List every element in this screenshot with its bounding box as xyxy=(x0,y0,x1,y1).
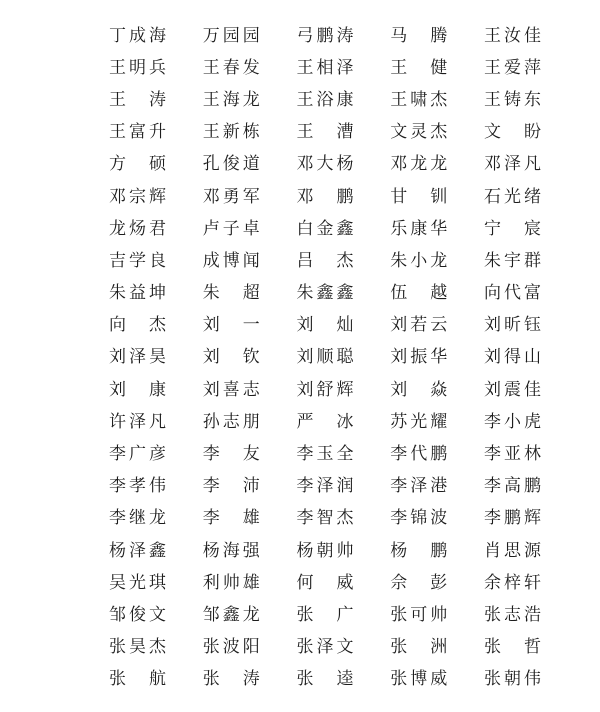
person-name: 成博闻 xyxy=(203,253,260,270)
person-name: 张洲 xyxy=(390,639,447,656)
person-name: 方硕 xyxy=(109,156,166,173)
person-name: 弓鹏涛 xyxy=(297,28,354,45)
person-name: 向代富 xyxy=(484,285,541,302)
person-name: 孔俊道 xyxy=(203,156,260,173)
person-name: 李继龙 xyxy=(109,510,166,527)
document-page: 丁成海万园园弓鹏涛马腾王汝佳王明兵王春发王相泽王健王爱萍王涛王海龙王浴康王啸杰王… xyxy=(0,0,600,712)
person-name: 严冰 xyxy=(297,414,354,431)
person-name: 朱宇群 xyxy=(484,253,541,270)
person-name: 王爱萍 xyxy=(484,60,541,77)
person-name: 杨鹏 xyxy=(390,543,447,560)
person-name: 朱超 xyxy=(203,285,260,302)
person-name: 刘振华 xyxy=(390,349,447,366)
person-name: 王海龙 xyxy=(203,92,260,109)
person-name: 邓大杨 xyxy=(297,156,354,173)
person-name: 乐康华 xyxy=(390,221,447,238)
person-name: 丁成海 xyxy=(109,28,166,45)
person-name: 杨朝帅 xyxy=(297,543,354,560)
person-name: 李锦波 xyxy=(390,510,447,527)
name-grid: 丁成海万园园弓鹏涛马腾王汝佳王明兵王春发王相泽王健王爱萍王涛王海龙王浴康王啸杰王… xyxy=(109,20,541,696)
person-name: 文盼 xyxy=(484,124,541,141)
person-name: 张哲 xyxy=(484,639,541,656)
person-name: 李雄 xyxy=(203,510,260,527)
person-name: 宁宸 xyxy=(484,221,541,238)
person-name: 李小虎 xyxy=(484,414,541,431)
person-name: 万园园 xyxy=(203,28,260,45)
person-name: 李玉全 xyxy=(297,446,354,463)
person-name: 王汝佳 xyxy=(484,28,541,45)
person-name: 张朝伟 xyxy=(484,671,541,688)
person-name: 龙炀君 xyxy=(109,221,166,238)
person-name: 邓鹏 xyxy=(297,189,354,206)
person-name: 利帅雄 xyxy=(203,575,260,592)
person-name: 张泽文 xyxy=(297,639,354,656)
person-name: 刘康 xyxy=(109,382,166,399)
person-name: 文灵杰 xyxy=(390,124,447,141)
person-name: 王铸东 xyxy=(484,92,541,109)
person-name: 李孝伟 xyxy=(109,478,166,495)
person-name: 白金鑫 xyxy=(297,221,354,238)
person-name: 吴光琪 xyxy=(109,575,166,592)
person-name: 王明兵 xyxy=(109,60,166,77)
person-name: 邓龙龙 xyxy=(390,156,447,173)
person-name: 李友 xyxy=(203,446,260,463)
person-name: 王浴康 xyxy=(297,92,354,109)
person-name: 石光绪 xyxy=(484,189,541,206)
person-name: 肖思源 xyxy=(484,543,541,560)
person-name: 邓勇军 xyxy=(203,189,260,206)
person-name: 王富升 xyxy=(109,124,166,141)
person-name: 苏光耀 xyxy=(390,414,447,431)
person-name: 张航 xyxy=(109,671,166,688)
person-name: 余梓轩 xyxy=(484,575,541,592)
person-name: 张志浩 xyxy=(484,607,541,624)
person-name: 何威 xyxy=(297,575,354,592)
person-name: 张逵 xyxy=(297,671,354,688)
person-name: 李亚林 xyxy=(484,446,541,463)
person-name: 王新栋 xyxy=(203,124,260,141)
person-name: 张广 xyxy=(297,607,354,624)
person-name: 张涛 xyxy=(203,671,260,688)
person-name: 刘喜志 xyxy=(203,382,260,399)
person-name: 李泽港 xyxy=(390,478,447,495)
person-name: 王健 xyxy=(390,60,447,77)
person-name: 张博威 xyxy=(390,671,447,688)
person-name: 刘昕钰 xyxy=(484,317,541,334)
person-name: 朱益坤 xyxy=(109,285,166,302)
person-name: 许泽凡 xyxy=(109,414,166,431)
person-name: 王漕 xyxy=(297,124,354,141)
person-name: 李泽润 xyxy=(297,478,354,495)
person-name: 孙志朋 xyxy=(203,414,260,431)
person-name: 向杰 xyxy=(109,317,166,334)
person-name: 伍越 xyxy=(390,285,447,302)
person-name: 王春发 xyxy=(203,60,260,77)
person-name: 李智杰 xyxy=(297,510,354,527)
person-name: 王涛 xyxy=(109,92,166,109)
person-name: 佘彭 xyxy=(390,575,447,592)
person-name: 刘若云 xyxy=(390,317,447,334)
person-name: 刘钦 xyxy=(203,349,260,366)
person-name: 刘焱 xyxy=(390,382,447,399)
person-name: 刘灿 xyxy=(297,317,354,334)
person-name: 邓泽凡 xyxy=(484,156,541,173)
person-name: 朱鑫鑫 xyxy=(297,285,354,302)
person-name: 杨泽鑫 xyxy=(109,543,166,560)
person-name: 吕杰 xyxy=(297,253,354,270)
person-name: 李代鹏 xyxy=(390,446,447,463)
person-name: 马腾 xyxy=(390,28,447,45)
person-name: 刘顺聪 xyxy=(297,349,354,366)
person-name: 李鹏辉 xyxy=(484,510,541,527)
person-name: 甘钏 xyxy=(390,189,447,206)
person-name: 朱小龙 xyxy=(390,253,447,270)
person-name: 王相泽 xyxy=(297,60,354,77)
person-name: 李沛 xyxy=(203,478,260,495)
person-name: 刘舒辉 xyxy=(297,382,354,399)
person-name: 王啸杰 xyxy=(390,92,447,109)
person-name: 邓宗辉 xyxy=(109,189,166,206)
person-name: 张可帅 xyxy=(390,607,447,624)
person-name: 杨海强 xyxy=(203,543,260,560)
person-name: 刘得山 xyxy=(484,349,541,366)
person-name: 李广彦 xyxy=(109,446,166,463)
person-name: 刘一 xyxy=(203,317,260,334)
person-name: 邹俊文 xyxy=(109,607,166,624)
person-name: 张波阳 xyxy=(203,639,260,656)
person-name: 吉学良 xyxy=(109,253,166,270)
person-name: 张昊杰 xyxy=(109,639,166,656)
person-name: 卢子卓 xyxy=(203,221,260,238)
person-name: 刘震佳 xyxy=(484,382,541,399)
person-name: 刘泽昊 xyxy=(109,349,166,366)
person-name: 李高鹏 xyxy=(484,478,541,495)
person-name: 邹鑫龙 xyxy=(203,607,260,624)
